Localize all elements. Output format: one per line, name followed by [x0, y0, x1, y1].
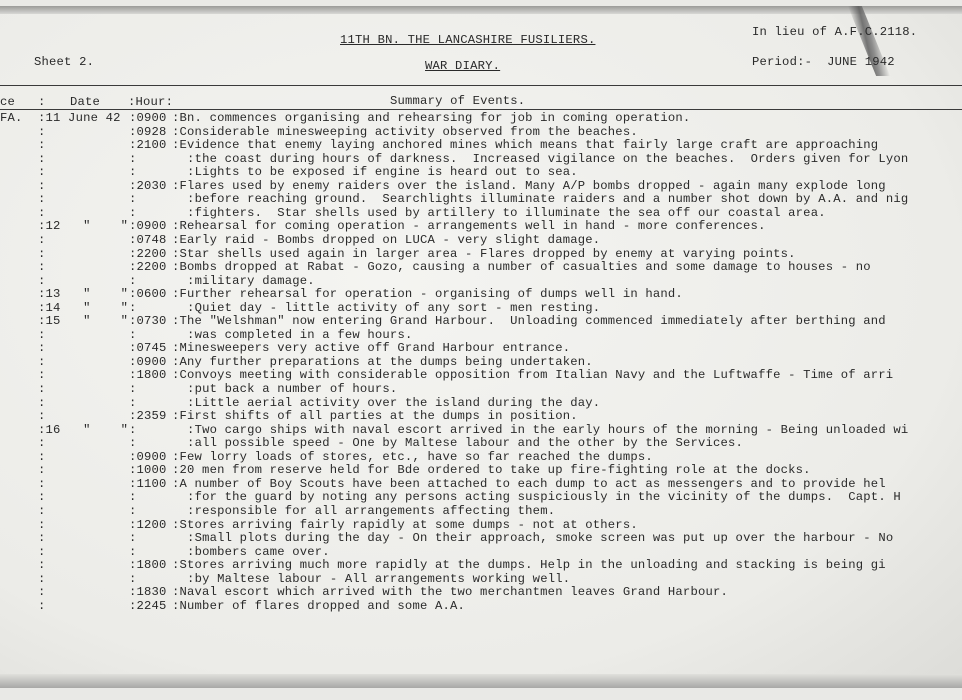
entry-text: :fighters. Star shells used by artillery… [157, 207, 826, 220]
column-hour-header: :Hour: [128, 96, 173, 109]
entry-date: : [38, 356, 46, 369]
entry-text: :military damage. [157, 275, 315, 288]
entry-date: : [38, 234, 46, 247]
entry-text: :Star shells used again in larger area -… [172, 248, 796, 261]
entry-text: :Two cargo ships with naval escort arriv… [157, 424, 908, 437]
entry-hour: :0900 [129, 220, 167, 233]
entry-text: :First shifts of all parties at the dump… [172, 410, 578, 423]
header-bottom-rule [0, 109, 962, 110]
entry-date: : [38, 383, 46, 396]
entry-hour: :1000 [129, 464, 167, 477]
entry-date: :11 June 42 [38, 112, 121, 125]
entry-text: :Number of flares dropped and some A.A. [172, 600, 465, 613]
entry-hour: : [129, 275, 137, 288]
column-date-header: Date [70, 96, 100, 109]
entry-date: : [38, 193, 46, 206]
entry-hour: : [129, 302, 137, 315]
entry-date: : [38, 153, 46, 166]
entry-text: :all possible speed - One by Maltese lab… [157, 437, 743, 450]
entry-hour: :0748 [129, 234, 167, 247]
entry-hour: : [129, 437, 137, 450]
entry-date: : [38, 437, 46, 450]
entry-text: :for the guard by noting any persons act… [157, 491, 901, 504]
entry-text: :Evidence that enemy laying anchored min… [172, 139, 878, 152]
entry-text: :Stores arriving much more rapidly at th… [172, 559, 886, 572]
entry-text: :Bombs dropped at Rabat - Gozo, causing … [172, 261, 871, 274]
entry-date: : [38, 519, 46, 532]
entry-date: : [38, 559, 46, 572]
entry-text: :Rehearsal for coming operation - arrang… [172, 220, 766, 233]
entry-text: :responsible for all arrangements affect… [157, 505, 555, 518]
entry-date: :15 " " [38, 315, 128, 328]
form-reference: In lieu of A.F.C.2118. [752, 26, 917, 39]
entry-hour: :1100 [129, 478, 167, 491]
entry-date: : [38, 275, 46, 288]
entry-date: : [38, 505, 46, 518]
entry-hour: :2200 [129, 261, 167, 274]
entry-text: :Quiet day - little activity of any sort… [157, 302, 600, 315]
entry-text: :Any further preparations at the dumps b… [172, 356, 593, 369]
entry-hour: :0900 [129, 356, 167, 369]
sheet-number: Sheet 2. [34, 56, 94, 69]
entry-hour: : [129, 491, 137, 504]
entry-text: :Bn. commences organising and rehearsing… [172, 112, 690, 125]
entry-date: : [38, 248, 46, 261]
entry-hour: : [129, 424, 137, 437]
entry-text: :A number of Boy Scouts have been attach… [172, 478, 886, 491]
entry-date: :13 " " [38, 288, 128, 301]
column-separator: : [38, 96, 46, 109]
entry-hour: : [129, 329, 137, 342]
entry-text: :Stores arriving fairly rapidly at some … [172, 519, 638, 532]
column-summary-header: Summary of Events. [390, 95, 525, 108]
entry-hour: :2030 [129, 180, 167, 193]
entry-hour: :1200 [129, 519, 167, 532]
unit-title: 11TH BN. THE LANCASHIRE FUSILIERS. [340, 34, 595, 47]
entry-text: :Further rehearsal for operation - organ… [172, 288, 683, 301]
entry-text: :Early raid - Bombs dropped on LUCA - ve… [172, 234, 600, 247]
entry-date: :12 " " [38, 220, 128, 233]
scan-top-edge [0, 6, 962, 14]
entry-date: : [38, 410, 46, 423]
entry-text: :was completed in a few hours. [157, 329, 412, 342]
entry-hour: : [129, 397, 137, 410]
entry-date: : [38, 180, 46, 193]
entry-hour: :1800 [129, 369, 167, 382]
entry-hour: :0900 [129, 112, 167, 125]
entry-hour: :2100 [129, 139, 167, 152]
entry-date: : [38, 586, 46, 599]
entry-date: : [38, 329, 46, 342]
period-label: Period:- JUNE 1942 [752, 56, 895, 69]
entry-hour: : [129, 166, 137, 179]
scan-bottom-edge [0, 674, 962, 688]
header-top-rule [0, 85, 962, 86]
entry-text: :by Maltese labour - All arrangements wo… [157, 573, 570, 586]
entry-text: :Naval escort which arrived with the two… [172, 586, 728, 599]
entry-hour: : [129, 505, 137, 518]
entry-text: :Small plots during the day - On their a… [157, 532, 893, 545]
entry-text: :before reaching ground. Searchlights il… [157, 193, 908, 206]
entry-date: : [38, 478, 46, 491]
entry-hour: :0730 [129, 315, 167, 328]
entry-date: : [38, 573, 46, 586]
entry-hour: : [129, 383, 137, 396]
entry-text: :Little aerial activity over the island … [157, 397, 600, 410]
entry-date: : [38, 397, 46, 410]
entry-date: : [38, 451, 46, 464]
entry-date: : [38, 491, 46, 504]
entry-date: : [38, 464, 46, 477]
entry-text: :put back a number of hours. [157, 383, 397, 396]
column-place-header: ce [0, 96, 15, 109]
entry-text: :20 men from reserve held for Bde ordere… [172, 464, 811, 477]
entry-date: : [38, 600, 46, 613]
entry-text: :the coast during hours of darkness. Inc… [157, 153, 908, 166]
document-title: WAR DIARY. [425, 60, 500, 73]
entry-date: : [38, 126, 46, 139]
entry-hour: : [129, 546, 137, 559]
entry-date: : [38, 546, 46, 559]
entry-date: : [38, 139, 46, 152]
entry-hour: :0928 [129, 126, 167, 139]
war-diary-page: 11TH BN. THE LANCASHIRE FUSILIERS. WAR D… [0, 6, 962, 688]
entry-hour: :2200 [129, 248, 167, 261]
entry-date: : [38, 261, 46, 274]
entry-hour: :1800 [129, 559, 167, 572]
entry-text: :Few lorry loads of stores, etc., have s… [172, 451, 653, 464]
entry-date: : [38, 342, 46, 355]
entry-hour: :0745 [129, 342, 167, 355]
entry-text: :bombers came over. [157, 546, 330, 559]
entry-hour: :0600 [129, 288, 167, 301]
entry-date: :16 " " [38, 424, 128, 437]
entry-hour: :0900 [129, 451, 167, 464]
entry-date: : [38, 166, 46, 179]
entry-hour: :2359 [129, 410, 167, 423]
entry-hour: : [129, 153, 137, 166]
entry-hour: : [129, 532, 137, 545]
entry-date: :14 " " [38, 302, 128, 315]
entry-text: :Flares used by enemy raiders over the i… [172, 180, 886, 193]
place-value: FA. [0, 112, 23, 125]
entry-date: : [38, 207, 46, 220]
entry-hour: :2245 [129, 600, 167, 613]
entry-hour: : [129, 193, 137, 206]
entry-text: :Convoys meeting with considerable oppos… [172, 369, 893, 382]
entry-text: :Lights to be exposed if engine is heard… [157, 166, 578, 179]
entry-hour: :1830 [129, 586, 167, 599]
entry-text: :Minesweepers very active off Grand Harb… [172, 342, 570, 355]
entry-hour: : [129, 573, 137, 586]
entry-text: :Considerable minesweeping activity obse… [172, 126, 638, 139]
entry-hour: : [129, 207, 137, 220]
entry-date: : [38, 369, 46, 382]
entry-date: : [38, 532, 46, 545]
entry-text: :The "Welshman" now entering Grand Harbo… [172, 315, 886, 328]
